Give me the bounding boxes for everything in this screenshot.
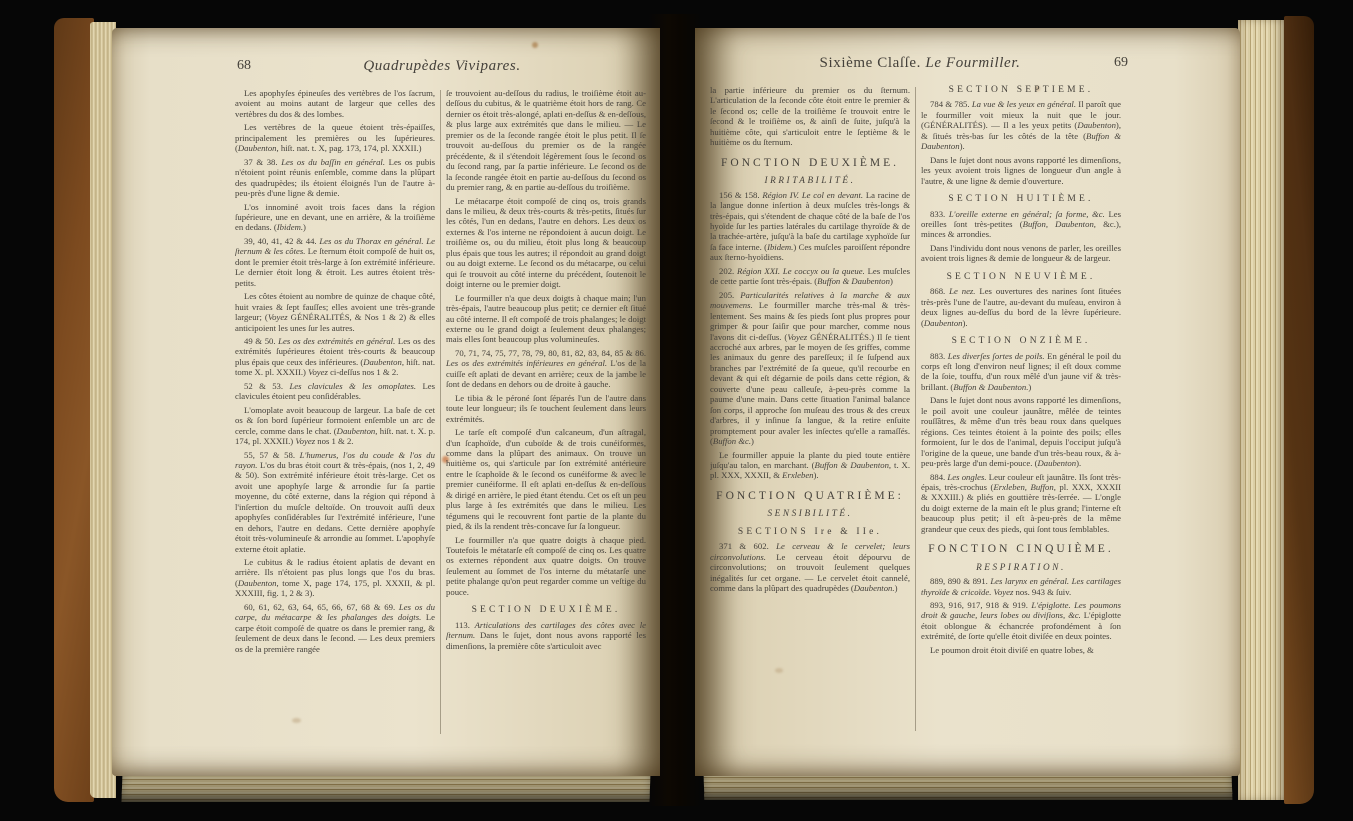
running-header-right: Sixième Claſſe. Le Fourmiller. 69 bbox=[710, 55, 1130, 81]
function-heading: FONCTION CINQUIÈME. bbox=[921, 544, 1121, 554]
paragraph: 70, 71, 74, 75, 77, 78, 79, 80, 81, 82, … bbox=[446, 348, 646, 390]
text-column-2: SECTION SEPTIÈME.784 & 785. La vue & les… bbox=[921, 85, 1121, 737]
two-column-text: la partie inférieure du premier os du ſt… bbox=[710, 85, 1130, 737]
text-column-1: Les apophyſes épineuſes des vertèbres de… bbox=[235, 88, 435, 740]
paragraph-continuation: la partie inférieure du premier os du ſt… bbox=[710, 85, 910, 148]
paragraph: 49 & 50. Les os des extrémités en généra… bbox=[235, 336, 435, 378]
bottom-page-edges-right bbox=[704, 774, 1233, 800]
page-number: 69 bbox=[1114, 55, 1128, 71]
paragraph: 113. Articulations des cartilages des cô… bbox=[446, 620, 646, 651]
subheading: RESPIRATION. bbox=[921, 562, 1121, 572]
paragraph: Le tarſe eſt compoſé d'un calcaneum, d'u… bbox=[446, 427, 646, 532]
paragraph: L'os innominé avoit trois faces dans la … bbox=[235, 202, 435, 233]
section-heading: SECTION HUITIÈME. bbox=[921, 194, 1121, 204]
column-rule bbox=[915, 87, 916, 731]
paragraph: 55, 57 & 58. L'humerus, l'os du coude & … bbox=[235, 450, 435, 555]
paragraph: 371 & 602. Le cerveau & le cervelet; leu… bbox=[710, 541, 910, 593]
paragraph: Le tibia & le péroné ſont ſéparés l'un d… bbox=[446, 393, 646, 424]
running-title: Quadrupèdes Vivipares. bbox=[235, 58, 649, 75]
paragraph: 833. L'oreille externe en général; ſa fo… bbox=[921, 209, 1121, 240]
paragraph: 784 & 785. La vue & les yeux en général.… bbox=[921, 99, 1121, 151]
paragraph: 884. Les ongles. Leur couleur eſt jaunât… bbox=[921, 472, 1121, 535]
paragraph: Les vertèbres de la queue étoient très-é… bbox=[235, 122, 435, 153]
paragraph: Dans le ſujet dont nous avons rapporté l… bbox=[921, 395, 1121, 468]
running-header-left: 68 Quadrupèdes Vivipares. bbox=[235, 58, 649, 84]
paragraph: 202. Région XXI. Le coccyx ou la queue. … bbox=[710, 266, 910, 287]
text-column-2: ſe trouvoient au-deſſous du radius, le t… bbox=[446, 88, 646, 740]
section-heading: SECTIONS Ire & IIe. bbox=[710, 527, 910, 537]
paragraph: Le cubitus & le radius étoient aplatis d… bbox=[235, 557, 435, 599]
paragraph: 889, 890 & 891. Les larynx en général. L… bbox=[921, 576, 1121, 597]
paragraph: Le poumon droit étoit diviſé en quatre l… bbox=[921, 645, 1121, 655]
bottom-page-edges-left bbox=[121, 772, 650, 802]
subheading: SENSIBILITÉ. bbox=[710, 508, 910, 518]
paragraph: L'omoplate avoit beaucoup de largeur. La… bbox=[235, 405, 435, 447]
paragraph: Les côtes étoient au nombre de quinze de… bbox=[235, 291, 435, 333]
paragraph: Dans l'individu dont nous venons de parl… bbox=[921, 243, 1121, 264]
paragraph: Le métacarpe étoit compoſé de cinq os, t… bbox=[446, 196, 646, 290]
right-cover-leather bbox=[1284, 16, 1314, 804]
paragraph: Le fourmiller appuie la plante du pied t… bbox=[710, 450, 910, 481]
foxing-spot bbox=[532, 42, 538, 48]
function-heading: FONCTION DEUXIÈME. bbox=[710, 158, 910, 168]
left-page-text-area: 68 Quadrupèdes Vivipares. Les apophyſes … bbox=[235, 58, 649, 740]
running-title: Sixième Claſſe. Le Fourmiller. bbox=[710, 55, 1130, 72]
page-68: 68 Quadrupèdes Vivipares. Les apophyſes … bbox=[112, 28, 660, 776]
two-column-text: Les apophyſes épineuſes des vertèbres de… bbox=[235, 88, 649, 740]
section-heading: SECTION NEUVIÈME. bbox=[921, 272, 1121, 282]
paragraph: 39, 40, 41, 42 & 44. Les os du Thorax en… bbox=[235, 236, 435, 288]
paragraph: 37 & 38. Les os du baſſin en général. Le… bbox=[235, 157, 435, 199]
running-title-fourmiller: Le Fourmiller. bbox=[925, 55, 1020, 71]
page-69: Sixième Claſſe. Le Fourmiller. 69 la par… bbox=[695, 28, 1240, 776]
right-page-text-area: Sixième Claſſe. Le Fourmiller. 69 la par… bbox=[710, 55, 1130, 737]
paragraph: 205. Particularités relatives à la march… bbox=[710, 290, 910, 447]
running-title-classe: Sixième Claſſe. bbox=[820, 55, 921, 71]
section-heading: SECTION SEPTIÈME. bbox=[921, 85, 1121, 95]
paragraph: 868. Le nez. Les ouvertures des narines … bbox=[921, 286, 1121, 328]
text-column-1: la partie inférieure du premier os du ſt… bbox=[710, 85, 910, 737]
paragraph-continuation: ſe trouvoient au-deſſous du radius, le t… bbox=[446, 88, 646, 193]
paragraph: 60, 61, 62, 63, 64, 65, 66, 67, 68 & 69.… bbox=[235, 602, 435, 654]
paragraph: Les apophyſes épineuſes des vertèbres de… bbox=[235, 88, 435, 119]
right-fore-edge-pages bbox=[1238, 20, 1288, 800]
paragraph: Le fourmiller n'a que quatre doigts à ch… bbox=[446, 535, 646, 598]
subheading: IRRITABILITÉ. bbox=[710, 175, 910, 185]
paragraph: 156 & 158. Région IV. Le col en devant. … bbox=[710, 190, 910, 263]
page-number: 68 bbox=[237, 58, 251, 74]
left-cover-leather bbox=[54, 18, 94, 802]
section-heading: SECTION DEUXIÈME. bbox=[446, 605, 646, 615]
open-book: 68 Quadrupèdes Vivipares. Les apophyſes … bbox=[52, 6, 1322, 814]
paragraph: 52 & 53. Les clavicules & les omoplates.… bbox=[235, 381, 435, 402]
paragraph: 883. Les diverſes ſortes de poils. En gé… bbox=[921, 351, 1121, 393]
column-rule bbox=[440, 90, 441, 734]
section-heading: SECTION ONZIÈME. bbox=[921, 336, 1121, 346]
photo-background: 68 Quadrupèdes Vivipares. Les apophyſes … bbox=[0, 0, 1353, 821]
paragraph: Dans le ſujet dont nous avons rapporté l… bbox=[921, 155, 1121, 186]
function-heading: FONCTION QUATRIÈME: bbox=[710, 491, 910, 501]
paragraph: Le fourmiller n'a que deux doigts à chaq… bbox=[446, 293, 646, 345]
paragraph: 893, 916, 917, 918 & 919. L'épiglotte. L… bbox=[921, 600, 1121, 642]
